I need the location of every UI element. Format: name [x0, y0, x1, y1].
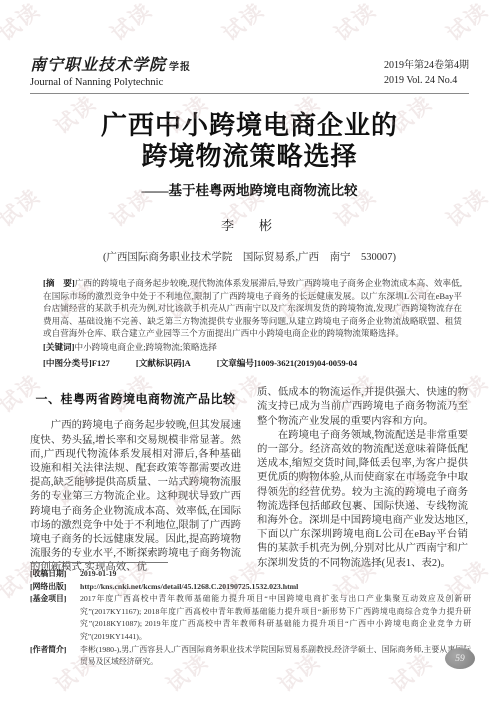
page-number-badge: 59	[445, 648, 475, 669]
body-paragraph: 广西的跨境电子商务起步较晚,但其发展速度快、势头猛,增长率和交易规模非常显著。然…	[30, 419, 241, 575]
journal-title-cn: 南宁职业技术学院	[30, 57, 166, 74]
doc-code-value: A	[185, 358, 191, 368]
left-column: 一、桂粤两省跨境电商物流产品比较 广西的跨境电子商务起步较晚,但其发展速度快、势…	[30, 386, 241, 575]
received-date-row: [收稿日期] 2019-01-19	[30, 568, 471, 581]
author-affiliation: (广西国际商务职业技术学院 国际贸易系,广西 南宁 530007)	[0, 249, 499, 264]
section-heading-1: 一、桂粤两省跨境电商物流产品比较	[30, 392, 241, 406]
journal-name-cn: 南宁职业技术学院学报	[30, 52, 191, 75]
journal-header: 南宁职业技术学院学报 Journal of Nanning Polytechni…	[30, 52, 469, 94]
abstract-text: 广西的跨境电子商务起步较晚,现代物流体系发展滞后,导致广西跨境电子商务企业物流成…	[43, 278, 462, 338]
online-publish-label: [网络出版]	[30, 581, 80, 594]
article-title-line2: 跨境物流策略选择	[0, 141, 499, 172]
watermark-text: 试读	[328, 0, 383, 47]
issue-info: 2019年第24卷第4期 2019 Vol. 24 No.4	[384, 58, 469, 88]
doc-code-label: [文献标识码]	[136, 358, 185, 368]
article-subtitle: ——基于桂粤两地跨境电商物流比较	[0, 179, 499, 199]
article-id-label: [文章编号]	[217, 358, 257, 368]
keywords-label: [关键词]	[43, 342, 75, 352]
body-paragraph: 质、低成本的物流运作,并提供强大、快速的物流支持已成为当前广西跨境电子商务物流乃…	[257, 386, 468, 429]
watermark-text: 试读	[216, 0, 271, 47]
journal-name-block: 南宁职业技术学院学报 Journal of Nanning Polytechni…	[30, 52, 191, 88]
author-bio-row: [作者简介] 李彬(1980-),男,广西容县人,广西国际商务职业技术学院国际贸…	[30, 644, 471, 669]
clc-label: [中图分类号]	[43, 358, 92, 368]
article-title-line1: 广西中小跨境电商企业的	[0, 110, 499, 141]
issue-en: 2019 Vol. 24 No.4	[384, 73, 469, 88]
article-title: 广西中小跨境电商企业的 跨境物流策略选择	[0, 110, 499, 172]
article-meta: [摘 要]广西的跨境电子商务起步较晚,现代物流体系发展滞后,导致广西跨境电子商务…	[43, 277, 462, 369]
fund-project-text: 2017年度广西高校中青年教师基础能力提升项目“中国跨境电商扩张与出口产业集聚互…	[80, 593, 471, 643]
journal-title-en: Journal of Nanning Polytechnic	[30, 77, 191, 88]
issue-cn: 2019年第24卷第4期	[384, 58, 469, 73]
received-date-value: 2019-01-19	[80, 568, 471, 581]
body-columns: 一、桂粤两省跨境电商物流产品比较 广西的跨境电子商务起步较晚,但其发展速度快、势…	[30, 386, 469, 575]
received-date-label: [收稿日期]	[30, 568, 80, 581]
article-id-value: 1009-3621(2019)04-0059-04	[257, 358, 357, 368]
body-paragraph: 在跨境电子商务领域,物流配送是非常重要的一部分。经济高效的物流配送意味着降低配送…	[257, 429, 468, 571]
watermark-text: 试读	[440, 0, 495, 47]
right-column: 质、低成本的物流运作,并提供强大、快速的物流支持已成为当前广西跨境电子商务物流乃…	[257, 386, 468, 575]
abstract-label: [摘 要]	[43, 278, 75, 288]
keywords: [关键词]中小跨境电商企业;跨境物流;策略选择	[43, 341, 462, 354]
paper-page: 试读试读试读试读试读试读试读试读试读试读试读试读试读试读试读试读试读试读试读试读…	[0, 0, 499, 706]
watermark-text: 试读	[104, 0, 159, 47]
cnki-url-link[interactable]: http://kns.cnki.net/kcms/detail/45.1268.…	[80, 582, 298, 591]
online-publish-url: http://kns.cnki.net/kcms/detail/45.1268.…	[80, 581, 471, 594]
abstract: [摘 要]广西的跨境电子商务起步较晚,现代物流体系发展滞后,导致广西跨境电子商务…	[43, 277, 462, 340]
author-bio-text: 李彬(1980-),男,广西容县人,广西国际商务职业技术学院国际贸易系副教授,经…	[80, 644, 471, 669]
classification-row: [中图分类号]F127[文献标识码]A[文章编号]1009-3621(2019)…	[43, 357, 462, 370]
keywords-text: 中小跨境电商企业;跨境物流;策略选择	[75, 342, 217, 352]
footnote-divider	[30, 562, 168, 563]
clc-value: F127	[92, 358, 110, 368]
fund-project-row: [基金项目] 2017年度广西高校中青年教师基础能力提升项目“中国跨境电商扩张与…	[30, 593, 471, 643]
author-bio-label: [作者简介]	[30, 644, 80, 669]
page-number: 59	[455, 654, 465, 664]
footnotes-block: [收稿日期] 2019-01-19 [网络出版] http://kns.cnki…	[30, 562, 471, 669]
fund-project-label: [基金项目]	[30, 593, 80, 643]
watermark-text: 试读	[0, 0, 46, 47]
author-name: 李 彬	[0, 215, 499, 234]
online-publish-row: [网络出版] http://kns.cnki.net/kcms/detail/4…	[30, 581, 471, 594]
journal-title-suffix: 学报	[169, 62, 191, 73]
